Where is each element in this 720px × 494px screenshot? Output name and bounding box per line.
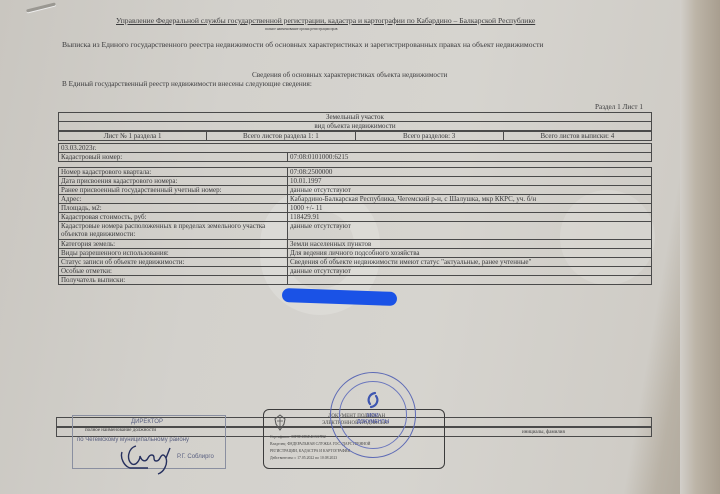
attribute-value: 07:08:2500000: [288, 168, 652, 177]
attribute-label: Площадь, м2:: [59, 204, 288, 213]
attribute-value: Сведения об объекте недвижимости имеют с…: [288, 258, 652, 267]
object-type-caption: вид объекта недвижимости: [59, 122, 652, 131]
extract-title: Выписка из Единого государственного реес…: [62, 40, 543, 49]
attribute-label: Статус записи об объекте недвижимости:: [59, 258, 288, 267]
seal-text-bottom: ДОКУМЕНТЫ: [357, 419, 389, 425]
attribute-row: Адрес:Кабардино-Балкарская Республика, Ч…: [59, 195, 652, 204]
attribute-value: 1000 +/- 11: [288, 204, 652, 213]
attribute-label: Особые отметки:: [59, 267, 288, 276]
sheet-number: Лист № 1 раздела 1: [59, 132, 207, 141]
attribute-label: Кадастровая стоимость, руб:: [59, 213, 288, 222]
esig-owner-2: РЕГИСТРАЦИИ, КАДАСТРА И КАРТОГРАФИИ: [270, 449, 350, 453]
object-type: Земельный участок: [59, 113, 652, 122]
attribute-row: Категория земель:Земли населенных пункто…: [59, 240, 652, 249]
attribute-label: Дата присвоения кадастрового номера:: [59, 177, 288, 186]
attribute-row: Статус записи об объекте недвижимости:Св…: [59, 258, 652, 267]
esig-valid: Действителен: с 17.05.2022 по 10.08.2023: [270, 456, 337, 460]
sheet-info-table: Лист № 1 раздела 1 Всего листов раздела …: [58, 131, 652, 141]
attribute-row: Ранее присвоенный государственный учетны…: [59, 186, 652, 195]
cadastral-number: 07:08:0101000:6215: [288, 153, 652, 162]
section-reference: Раздел 1 Лист 1: [595, 103, 643, 111]
section-intro: В Единый государственный реестр недвижим…: [62, 80, 312, 88]
attribute-row: Площадь, м2:1000 +/- 11: [59, 204, 652, 213]
attribute-value: 10.01.1997: [288, 177, 652, 186]
attribute-value: [288, 276, 652, 285]
stamp-title: ДИРЕКТОР: [131, 419, 163, 425]
section-title: Сведения об основных характеристиках объ…: [252, 71, 447, 79]
attribute-label: Номер кадастрового квартала:: [59, 168, 288, 177]
attribute-row: Кадастровые номера расположенных в преде…: [59, 222, 652, 240]
attribute-value: 118429.91: [288, 213, 652, 222]
attribute-value: данные отсутствуют: [288, 186, 652, 195]
attribute-label: Виды разрешенного использования:: [59, 249, 288, 258]
attribute-label: Адрес:: [59, 195, 288, 204]
sheet-count-total: Всего листов выписки: 4: [503, 132, 651, 141]
attribute-label: Ранее присвоенный государственный учетны…: [59, 186, 288, 195]
attribute-row: Виды разрешенного использования:Для веде…: [59, 249, 652, 258]
attribute-row: Особые отметки:данные отсутствуют: [59, 267, 652, 276]
attribute-row: Получатель выписки:: [59, 276, 652, 285]
attribute-value: данные отсутствуют: [288, 222, 652, 240]
name-caption: инициалы, фамилия: [522, 430, 565, 435]
extract-date: 03.03.2023г.: [59, 144, 652, 153]
agency-name: Управление Федеральной службы государств…: [116, 16, 535, 25]
attribute-value: Кабардино-Балкарская Республика, Чегемск…: [288, 195, 652, 204]
section-count: Всего разделов: 3: [355, 132, 503, 141]
attribute-value: Для ведения личного подсобного хозяйства: [288, 249, 652, 258]
signature-icon: [118, 438, 198, 478]
attribute-row: Дата присвоения кадастрового номера:10.0…: [59, 177, 652, 186]
attribute-value: данные отсутствуют: [288, 267, 652, 276]
esig-cert: Сертификат: 00F8E1D6E4C3A7B2: [270, 435, 326, 439]
seal-logo-icon: [365, 391, 381, 409]
emblem-icon: [272, 414, 288, 432]
date-table: 03.03.2023г. Кадастровый номер: 07:08:01…: [58, 143, 652, 162]
attribute-label: Кадастровые номера расположенных в преде…: [59, 222, 288, 240]
cadastral-number-label: Кадастровый номер:: [59, 153, 288, 162]
agency-caption: полное наименование органа регистрации п…: [265, 27, 338, 31]
attributes-table: Номер кадастрового квартала:07:08:250000…: [58, 167, 652, 285]
attribute-label: Получатель выписки:: [59, 276, 288, 285]
sheet-count-section: Всего листов раздела 1: 1: [207, 132, 355, 141]
attribute-label: Категория земель:: [59, 240, 288, 249]
attribute-row: Кадастровая стоимость, руб:118429.91: [59, 213, 652, 222]
object-header-table: Земельный участок вид объекта недвижимос…: [58, 112, 652, 131]
staple: [26, 2, 56, 12]
mfc-seal: МОИ ДОКУМЕНТЫ: [330, 372, 416, 458]
attribute-value: Земли населенных пунктов: [288, 240, 652, 249]
paper-edge: [680, 0, 720, 494]
attribute-row: Номер кадастрового квартала:07:08:250000…: [59, 168, 652, 177]
